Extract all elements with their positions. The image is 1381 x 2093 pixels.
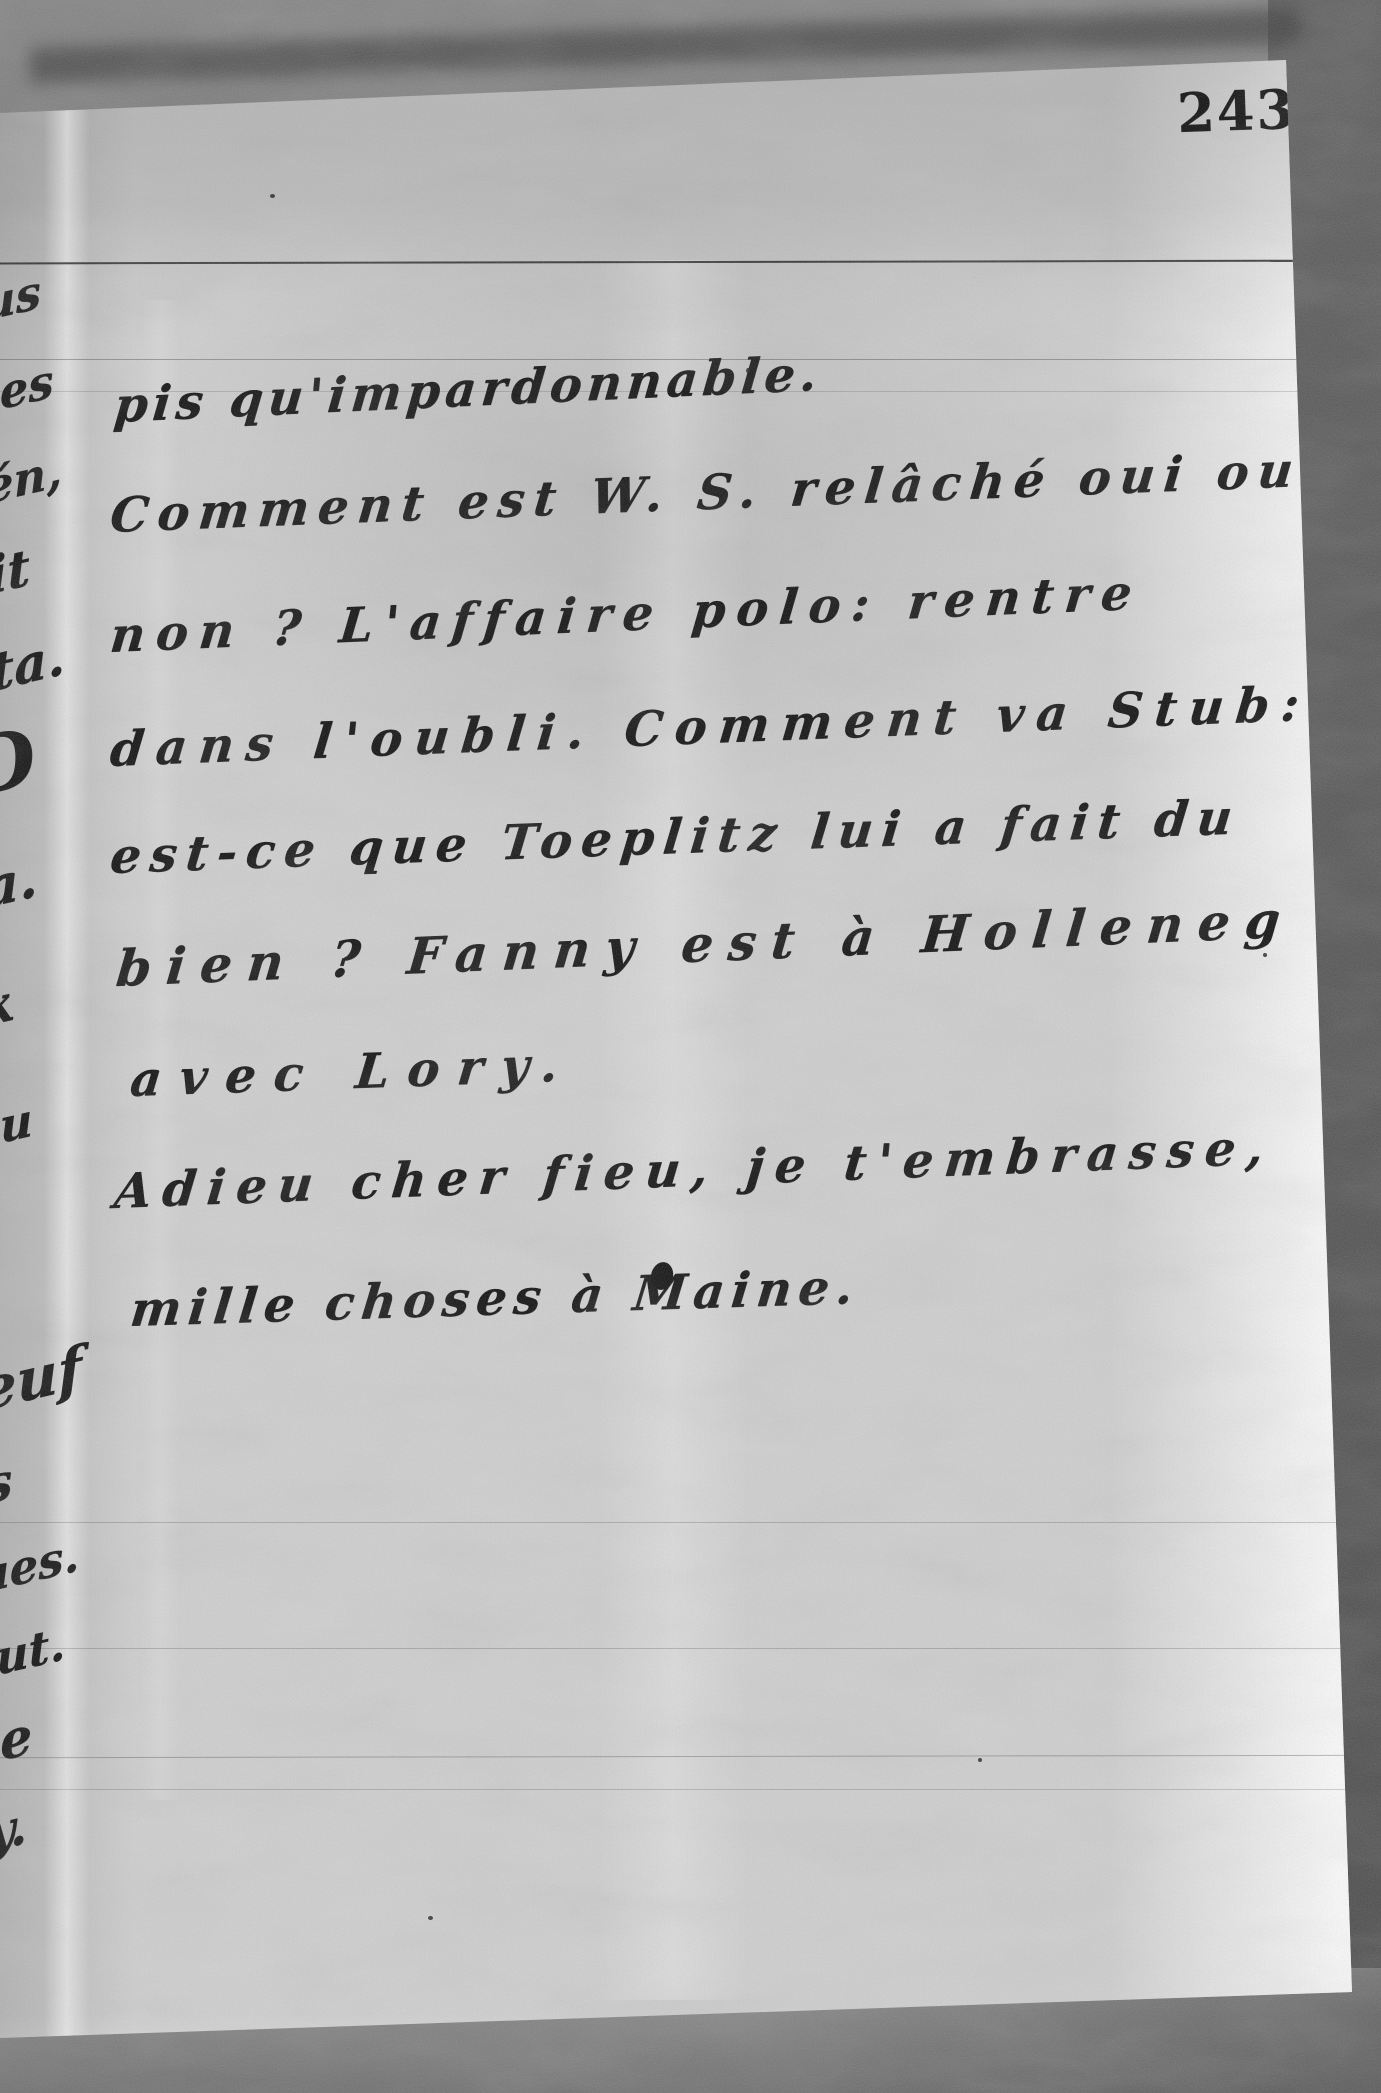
handwritten-line: avec Lory. xyxy=(128,1040,578,1104)
margin-fragment: it xyxy=(0,542,31,602)
paper-shading xyxy=(0,0,1381,2093)
ink-speck xyxy=(428,1916,433,1920)
margin-fragment: y. xyxy=(0,1800,28,1860)
margin-fragment: us xyxy=(0,268,42,328)
page-number: 243 xyxy=(1176,82,1297,140)
margin-fragment: k xyxy=(0,977,16,1035)
margin-fragment: le xyxy=(0,1709,33,1774)
ink-speck xyxy=(270,194,275,198)
ink-speck xyxy=(1263,953,1267,957)
paper-sheet: 243 pis qu'impardonnable. Comment est W.… xyxy=(0,0,1381,2093)
ink-speck xyxy=(746,368,750,373)
ink-speck xyxy=(978,1758,982,1762)
margin-fragment: a. xyxy=(0,849,38,916)
margin-fragment: lu xyxy=(0,1096,34,1154)
scanned-letter-page: 243 pis qu'impardonnable. Comment est W.… xyxy=(0,0,1381,2093)
